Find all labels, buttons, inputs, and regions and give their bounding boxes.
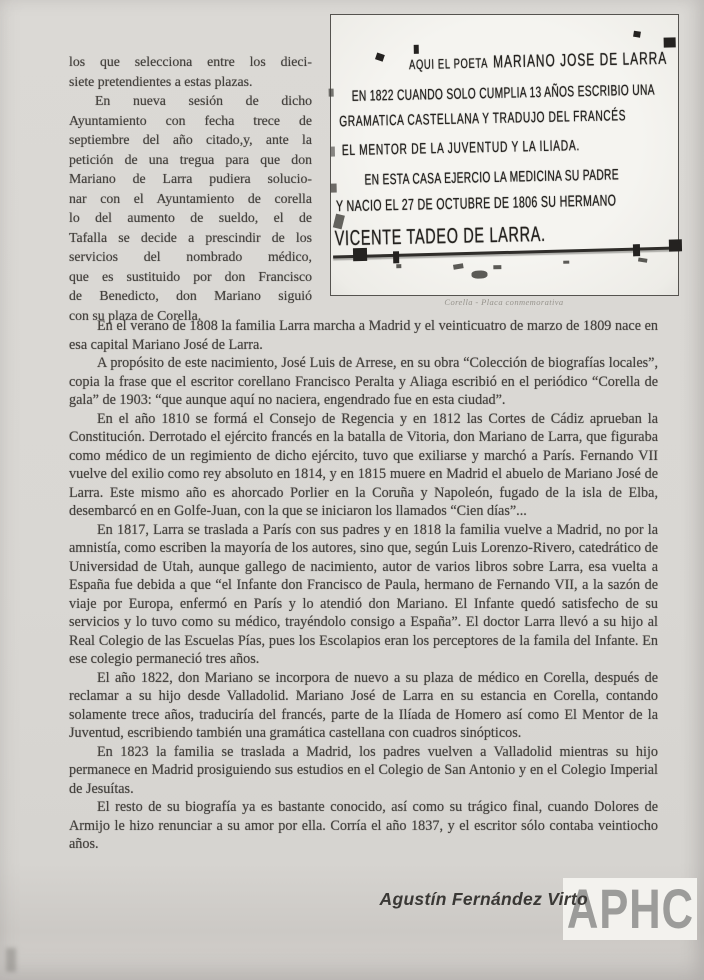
body-paragraph: El resto de su biografía ya es bastante …: [69, 798, 658, 854]
plaque-intro-text: AQUI EL POETA: [409, 56, 488, 73]
left-column-line: siete pretendientes a estas plazas.: [69, 72, 312, 92]
plaque-text-line: AQUI EL POETAMARIANO JOSE DE LARRA: [409, 48, 668, 76]
plaque-bolt: [353, 248, 367, 261]
plaque-photo: AQUI EL POETAMARIANO JOSE DE LARRA EN 18…: [330, 14, 679, 296]
photo-speckle: [453, 263, 464, 270]
scan-smudge: [6, 948, 16, 972]
plaque-text-line: Y NACIO EL 27 DE OCTUBRE DE 1806 SU HERM…: [336, 192, 617, 215]
photo-speckle: [471, 270, 487, 278]
plaque-bolt: [669, 239, 682, 251]
photo-speckle: [563, 261, 569, 264]
body-paragraph: En el verano de 1808 la familia Larra ma…: [69, 317, 658, 354]
left-column-line: En nueva sesión de dicho: [69, 91, 312, 111]
plaque-text-line: EN 1822 CUANDO SOLO CUMPLIA 13 AÑOS ESCR…: [352, 81, 655, 105]
left-column-line: petición de una tregua para que don: [69, 150, 312, 170]
body-paragraph: A propósito de este nacimiento, José Lui…: [69, 354, 658, 410]
plaque-bolt: [375, 52, 385, 61]
left-column-line: Mariano de Larra pudiera solucio-: [69, 169, 312, 189]
photo-speckle: [638, 257, 648, 262]
body-text: En el verano de 1808 la familia Larra ma…: [69, 317, 658, 854]
plaque-surface: AQUI EL POETAMARIANO JOSE DE LARRA EN 18…: [328, 11, 681, 298]
left-column-line: septiembre del año citado,y, ante la: [69, 130, 312, 150]
left-column-line: los que selecciona entre los dieci-: [69, 52, 312, 72]
left-column-line: de Benedicto, don Mariano siguió: [69, 286, 312, 306]
plaque-bolt: [393, 251, 399, 263]
left-column-line: nar con el Ayuntamiento de corella: [69, 189, 312, 209]
plaque-text-line: GRAMATICA CASTELLANA Y TRADUJO DEL FRANC…: [339, 106, 626, 130]
plaque-text-line: EL MENTOR DE LA JUVENTUD Y LA ILIADA.: [342, 136, 581, 158]
photo-grunge-mark: [329, 89, 334, 97]
left-column-line: lo del aumento de sueldo, el de: [69, 208, 312, 228]
plaque-bolt: [664, 37, 676, 47]
body-paragraph: En 1817, Larra se traslada a París con s…: [69, 521, 658, 669]
left-column-line: Ayuntamiento con fecha trece de: [69, 111, 312, 131]
plaque-bolt: [633, 244, 640, 256]
plaque-bolt: [633, 31, 641, 38]
photo-grunge-mark: [331, 147, 335, 157]
photo-speckle: [396, 264, 401, 268]
photo-grunge-mark: [331, 184, 337, 193]
plaque-text-line: EN ESTA CASA EJERCIO LA MEDICINA SU PADR…: [364, 166, 619, 189]
left-text-column: los que selecciona entre los dieci- siet…: [69, 52, 312, 325]
body-paragraph: El año 1822, don Mariano se incorpora de…: [69, 669, 658, 743]
photo-speckle: [493, 265, 501, 269]
author-signature: Agustín Fernández Virto: [68, 889, 588, 910]
plaque-bolt: [414, 45, 419, 54]
plaque-name-text: MARIANO JOSE DE LARRA: [488, 48, 668, 72]
left-column-line: Tafalla se decide a prescindir de los: [69, 228, 312, 248]
photo-caption: Corella - Placa conmemorativa: [330, 297, 678, 307]
left-column-line: servicios del nombrado médico,: [69, 247, 312, 267]
body-paragraph: En el año 1810 se formá el Consejo de Re…: [69, 410, 658, 521]
scanned-book-page: los que selecciona entre los dieci- siet…: [0, 0, 704, 980]
left-column-line: que es sustituido por don Francisco: [69, 267, 312, 287]
body-paragraph: En 1823 la familia se traslada a Madrid,…: [69, 743, 658, 799]
